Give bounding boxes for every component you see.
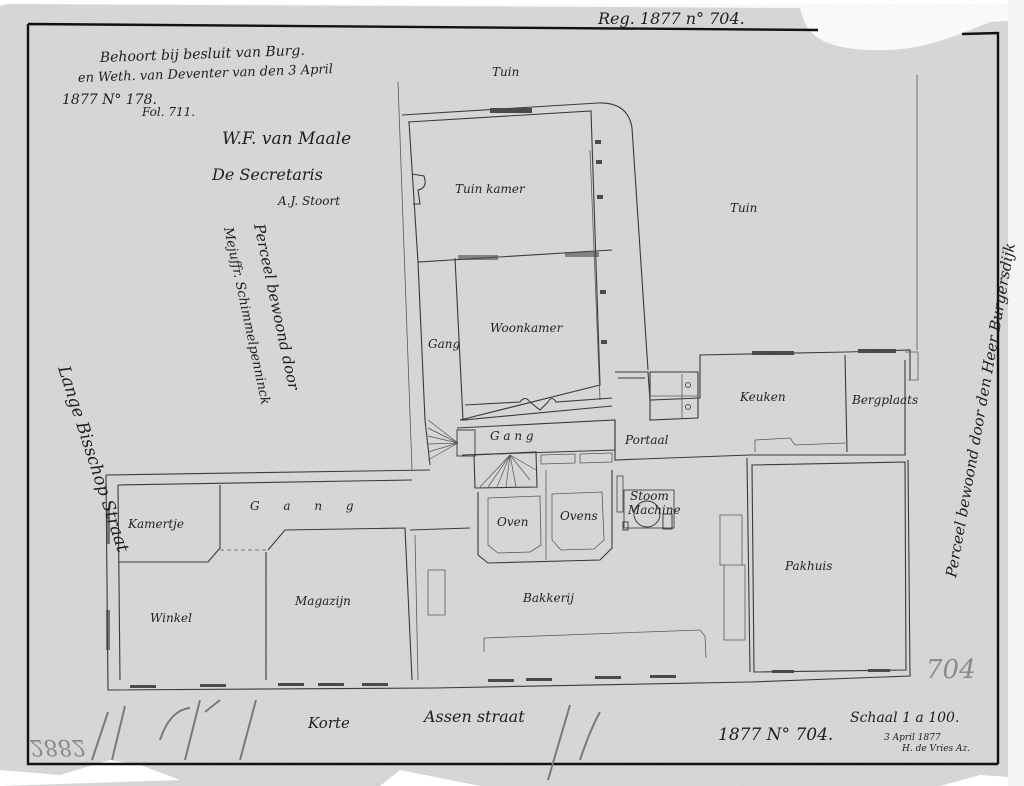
room-label-bergplaats: Bergplaats: [851, 393, 918, 407]
street-label-bottom-2: Assen straat: [422, 707, 525, 726]
room-label-gang-left: Gang: [428, 337, 460, 351]
room-label-gang-lower: G a n g: [250, 499, 364, 513]
room-label-kamertje: Kamertje: [127, 517, 184, 531]
white-strip-right: [1008, 0, 1024, 786]
register-stamp: Reg. 1877 n° 704.: [597, 9, 745, 28]
room-label-portaal: Portaal: [624, 433, 669, 447]
signature-secretary: A.J. Stoort: [277, 194, 340, 208]
scale-label: Schaal 1 a 100.: [850, 710, 959, 726]
room-label-stoom: Stoom: [630, 489, 669, 503]
room-label-bakkerij: Bakkerij: [522, 591, 574, 605]
room-label-machine: Machine: [627, 503, 681, 517]
room-label-tuin-top: Tuin: [492, 65, 519, 79]
signature-secretary-title: De Secretaris: [211, 165, 323, 184]
floor-plan-sheet: Tuin Tuin Tuin kamer Woonkamer Gang G a …: [0, 0, 1024, 786]
pencil-number-left: 2882: [29, 734, 86, 759]
floor-plan-drawing: Tuin Tuin Tuin kamer Woonkamer Gang G a …: [0, 0, 1024, 786]
registration-bottom: 1877 N° 704.: [718, 725, 833, 745]
date-line: 3 April 1877: [884, 733, 941, 743]
room-label-magazijn: Magazijn: [294, 594, 351, 608]
street-label-bottom-1: Korte: [307, 714, 350, 732]
room-label-oven: Oven: [497, 515, 528, 529]
room-label-tuinkamer: Tuin kamer: [455, 182, 526, 196]
room-label-winkel: Winkel: [150, 611, 192, 625]
room-label-ovens: Ovens: [560, 509, 598, 523]
architect-signature: H. de Vries Az.: [901, 744, 970, 754]
approval-line-4: Fol. 711.: [141, 105, 195, 119]
room-label-tuin-right: Tuin: [730, 201, 757, 215]
room-label-keuken: Keuken: [739, 390, 786, 404]
signature-mayor: W.F. van Maale: [222, 129, 351, 149]
room-label-pakhuis: Pakhuis: [784, 559, 832, 573]
room-label-gang-middle: G a n g: [490, 429, 534, 443]
room-label-woonkamer: Woonkamer: [490, 321, 564, 335]
pencil-number-right: 704: [926, 655, 976, 685]
